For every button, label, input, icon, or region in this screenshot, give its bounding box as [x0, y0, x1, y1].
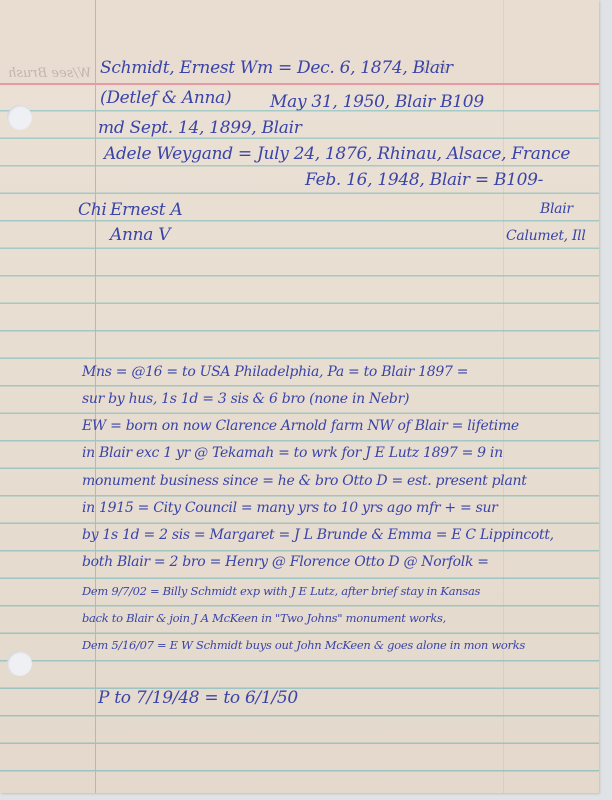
note-line-1: Mns = @16 = to USA Philadelphia, Pa = to…	[82, 364, 468, 380]
punch-hole-top	[7, 105, 32, 130]
parents-line: (Detlef & Anna)	[100, 88, 231, 108]
death-line: May 31, 1950, Blair B109	[270, 92, 484, 112]
name-birth-line: Schmidt, Ernest Wm = Dec. 6, 1874, Blair	[100, 58, 453, 78]
spouse-death-line: Feb. 16, 1948, Blair = B109-	[305, 170, 543, 190]
children-prefix: Chi	[78, 200, 107, 220]
child-name-2: Anna V	[110, 225, 170, 245]
faint-vertical-fold	[503, 0, 504, 793]
child-name-1: Ernest A	[110, 200, 182, 220]
child-place-2: Calumet, Ill	[506, 228, 586, 244]
note-line-9: Dem 9/7/02 = Billy Schmidt exp with J E …	[82, 584, 480, 598]
punch-hole-bottom	[7, 651, 32, 676]
note-line-3: EW = born on now Clarence Arnold farm NW…	[82, 418, 519, 434]
spouse-line: Adele Weygand = July 24, 1876, Rhinau, A…	[104, 144, 570, 164]
bleed-through-left: W/see Brush	[8, 66, 91, 81]
note-line-10: back to Blair & join J A McKeen in "Two …	[82, 611, 446, 625]
note-line-8: both Blair = 2 bro = Henry @ Florence Ot…	[82, 554, 489, 570]
notebook-page: W/see Brush P 7r Schmidt, Ernest Wm = De…	[0, 0, 599, 793]
publication-dates-line: P to 7/19/48 = to 6/1/50	[98, 688, 298, 708]
note-line-11: Dem 5/16/07 = E W Schmidt buys out John …	[82, 638, 525, 652]
note-line-5: monument business since = he & bro Otto …	[82, 473, 527, 489]
top-red-rule	[0, 83, 599, 85]
note-line-2: sur by hus, 1s 1d = 3 sis & 6 bro (none …	[82, 391, 409, 407]
child-place-1: Blair	[540, 201, 573, 217]
marriage-line: md Sept. 14, 1899, Blair	[98, 118, 302, 138]
note-line-4: in Blair exc 1 yr @ Tekamah = to wrk for…	[82, 445, 503, 461]
note-line-6: in 1915 = City Council = many yrs to 10 …	[82, 500, 498, 516]
note-line-7: by 1s 1d = 2 sis = Margaret = J L Brunde…	[82, 527, 554, 543]
